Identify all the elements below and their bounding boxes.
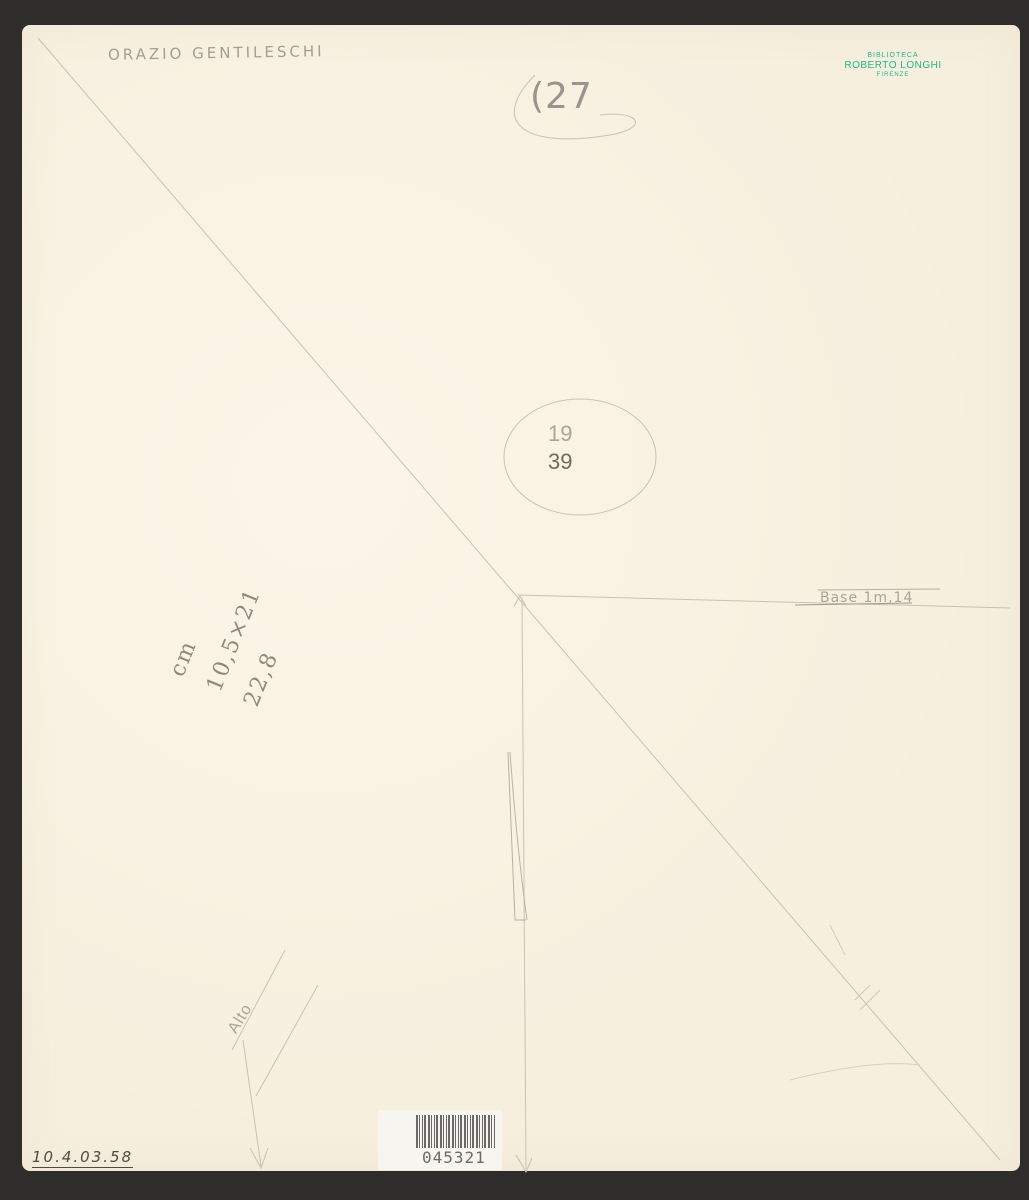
barcode-label: 045321 bbox=[378, 1110, 502, 1170]
oval-annotation-top: 19 bbox=[548, 420, 572, 448]
artist-name-annotation: ORAZIO GENTILESCHI bbox=[108, 42, 325, 64]
stamp-line-1: BIBLIOTECA bbox=[838, 52, 948, 60]
catalog-number-annotation: (27 bbox=[530, 76, 593, 117]
barcode-icon bbox=[416, 1115, 496, 1148]
library-stamp: BIBLIOTECA ROBERTO LONGHI FIRENZE bbox=[838, 52, 948, 78]
barcode-number: 045321 bbox=[422, 1148, 486, 1167]
base-annotation: Base 1m,14 bbox=[820, 590, 913, 606]
oval-annotation: 19 39 bbox=[548, 420, 572, 476]
oval-annotation-bottom: 39 bbox=[548, 448, 572, 476]
stamp-line-3: FIRENZE bbox=[838, 72, 948, 79]
date-annotation: 10.4.03.58 bbox=[32, 1148, 133, 1168]
stamp-line-2: ROBERTO LONGHI bbox=[838, 60, 948, 72]
